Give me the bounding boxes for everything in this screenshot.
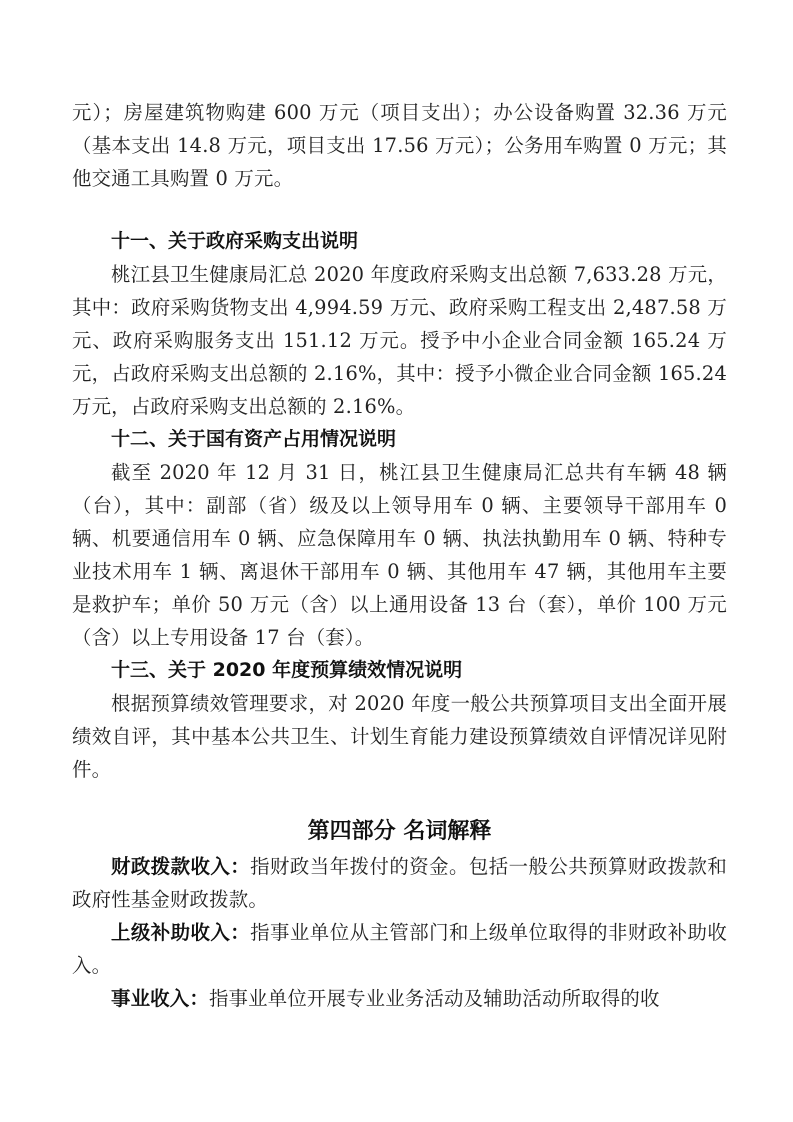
document-page: 元）；房屋建筑物购建 600 万元（项目支出）；办公设备购置 32.36 万元（… bbox=[72, 96, 727, 1015]
section-paragraph-assets: 截至 2020 年 12 月 31 日，桃江县卫生健康局汇总共有车辆 48 辆（… bbox=[72, 456, 727, 654]
section-paragraph-performance: 根据预算绩效管理要求，对 2020 年度一般公共预算项目支出全面开展绩效自评，其… bbox=[72, 687, 727, 786]
part-title: 第四部分 名词解释 bbox=[72, 814, 727, 850]
section-heading-performance: 十三、关于 2020 年度预算绩效情况说明 bbox=[72, 654, 727, 687]
spacer bbox=[72, 786, 727, 814]
term-label: 上级补助收入： bbox=[111, 921, 250, 944]
term-entry: 上级补助收入：指事业单位从主管部门和上级单位取得的非财政补助收入。 bbox=[72, 916, 727, 982]
section-heading-assets: 十二、关于国有资产占用情况说明 bbox=[72, 423, 727, 456]
continuation-paragraph: 元）；房屋建筑物购建 600 万元（项目支出）；办公设备购置 32.36 万元（… bbox=[72, 96, 727, 195]
term-entry: 财政拨款收入：指财政当年拨付的资金。包括一般公共预算财政拨款和政府性基金财政拨款… bbox=[72, 850, 727, 916]
term-label: 事业收入： bbox=[111, 987, 209, 1010]
term-definition: 指事业单位开展专业业务活动及辅助活动所取得的收 bbox=[209, 987, 660, 1010]
spacer bbox=[72, 195, 727, 225]
term-label: 财政拨款收入： bbox=[111, 855, 250, 878]
section-heading-procurement: 十一、关于政府采购支出说明 bbox=[72, 225, 727, 258]
section-paragraph-procurement: 桃江县卫生健康局汇总 2020 年度政府采购支出总额 7,633.28 万元，其… bbox=[72, 258, 727, 423]
term-entry: 事业收入：指事业单位开展专业业务活动及辅助活动所取得的收 bbox=[72, 982, 727, 1015]
